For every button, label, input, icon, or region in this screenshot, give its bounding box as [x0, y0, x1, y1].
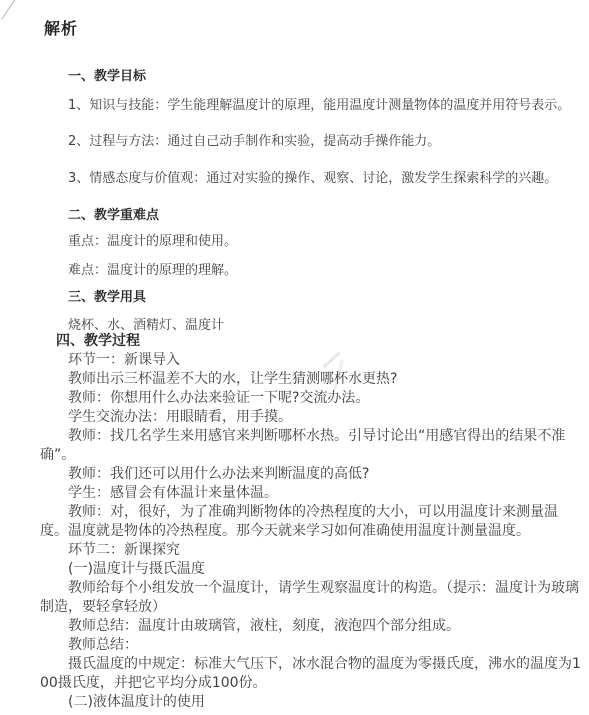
- section-heading-key-points: 二、教学重难点: [68, 209, 573, 223]
- corner-diagonal-line: [1, 0, 16, 20]
- objectives-item-3: 3、情感态度与价值观：通过对实验的操作、观察、讨论，激发学生探索科学的兴趣。: [68, 172, 573, 186]
- section-heading-objectives: 一、教学目标: [68, 70, 573, 84]
- process-line: 教师：找几名学生来用感官来判断哪杯水热。引导讨论出“用感官得出的结果不准确”。: [40, 427, 582, 465]
- process-line: 摄氏温度的中规定：标准大气压下，冰水混合物的温度为零摄氏度，沸水的温度为100摄…: [40, 655, 582, 693]
- key-point: 重点：温度计的原理和使用。: [68, 235, 573, 249]
- process-line: (一)温度计与摄氏温度: [40, 560, 582, 579]
- section-heading-tools: 三、教学用具: [68, 291, 573, 305]
- upper-sections: 一、教学目标 1、知识与技能：学生能理解温度计的原理，能用温度计测量物体的温度并…: [68, 70, 573, 333]
- process-line: (二)液体温度计的使用: [40, 693, 582, 712]
- process-line: 教师总结：: [40, 636, 582, 655]
- process-line: 环节二：新课探究: [40, 541, 582, 560]
- process-line: 教师出示三杯温差不大的水，让学生猜测哪杯水更热?: [40, 370, 582, 389]
- process-line: 教师总结：温度计由玻璃管，液柱，刻度，液泡四个部分组成。: [40, 617, 582, 636]
- process-line: 教师：我们还可以用什么办法来判断温度的高低?: [40, 465, 582, 484]
- tools-list: 烧杯、水、酒精灯、温度计: [68, 319, 573, 333]
- process-line: 学生：感冒会有体温计来量体温。: [40, 484, 582, 503]
- process-line: 学生交流办法：用眼睛看，用手摸。: [40, 408, 582, 427]
- document-page: 解析 一、教学目标 1、知识与技能：学生能理解温度计的原理，能用温度计测量物体的…: [0, 0, 589, 715]
- difficult-point: 难点：温度计的原理的理解。: [68, 264, 573, 278]
- process-line: 教师给每个小组发放一个温度计，请学生观察温度计的构造。（提示：温度计为玻璃制造，…: [40, 579, 582, 617]
- objectives-item-1: 1、知识与技能：学生能理解温度计的原理，能用温度计测量物体的温度并用符号表示。: [68, 99, 573, 113]
- section-heading-process: 四、教学过程: [40, 332, 582, 351]
- process-line: 教师：对，很好，为了准确判断物体的冷热程度的大小，可以用温度计来测量温度。温度就…: [40, 503, 582, 541]
- process-line: 教师：你想用什么办法来验证一下呢?交流办法。: [40, 389, 582, 408]
- process-line: 环节一：新课导入: [40, 351, 582, 370]
- objectives-item-2: 2、过程与方法：通过自己动手制作和实验，提高动手操作能力。: [68, 135, 573, 149]
- page-title: 解析: [44, 16, 78, 39]
- teaching-process-section: 四、教学过程 环节一：新课导入 教师出示三杯温差不大的水，让学生猜测哪杯水更热?…: [40, 332, 582, 712]
